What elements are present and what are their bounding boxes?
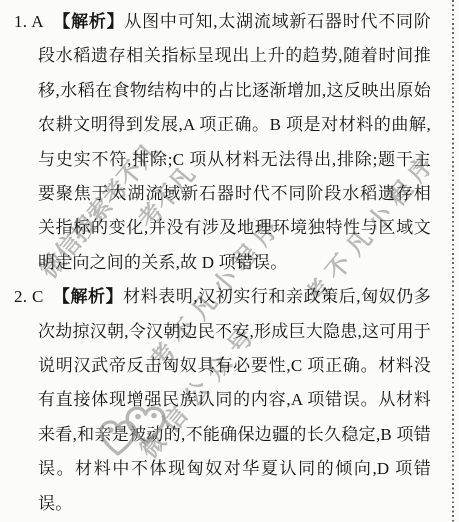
answer-item-1: 1. A【解析】从图中可知,太湖流域新石器时代不同阶段水稻遗存相关指标呈现出上升… <box>14 5 431 280</box>
double-heart-icon <box>96 404 170 476</box>
dotted-column-divider <box>452 0 454 522</box>
analysis-text-1: 从图中可知,太湖流域新石器时代不同阶段水稻遗存相关指标呈现出上升的趋势,随着时间… <box>38 12 431 272</box>
answer-number-2: 2. C <box>14 287 44 306</box>
analysis-marker-2: 【解析】 <box>53 287 124 306</box>
analysis-text-2: 材料表明,汉初实行和亲政策后,匈奴仍多次劫掠汉朝,令汉朝边民不安,形成巨大隐患,… <box>38 287 431 512</box>
answer-number-1: 1. A <box>14 12 44 31</box>
analysis-marker-1: 【解析】 <box>53 12 125 31</box>
answer-key-content: 1. A【解析】从图中可知,太湖流域新石器时代不同阶段水稻遗存相关指标呈现出上升… <box>0 0 459 521</box>
answer-item-2: 2. C【解析】材料表明,汉初实行和亲政策后,匈奴仍多次劫掠汉朝,令汉朝边民不安… <box>14 280 431 521</box>
